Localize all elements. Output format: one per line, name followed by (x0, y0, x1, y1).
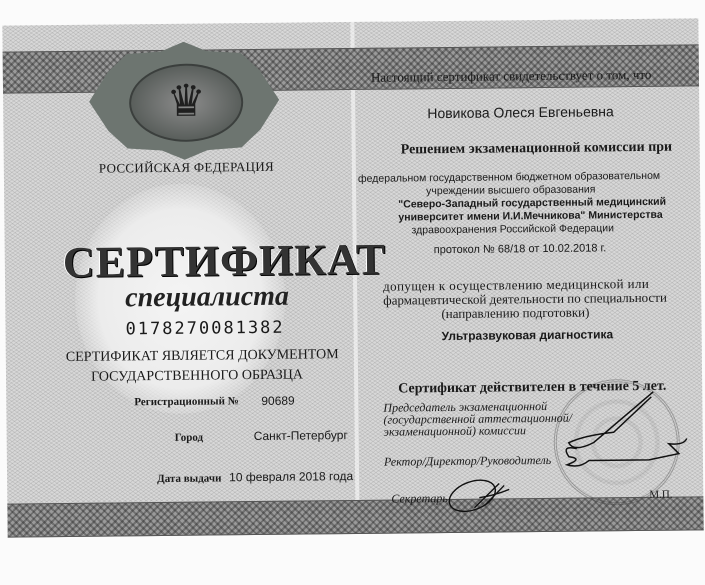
certificate-sheet: ♛ РОССИЙСКАЯ ФЕДЕРАЦИЯ СЕРТИФИКАТ специа… (2, 18, 703, 533)
emblem-medallion: ♛ (129, 63, 244, 142)
decision-text: Решением экзаменационной комиссии при (401, 140, 673, 159)
left-page: ♛ РОССИЙСКАЯ ФЕДЕРАЦИЯ СЕРТИФИКАТ специа… (2, 22, 357, 534)
registration-label: Регистрационный № (134, 395, 239, 408)
specialty-value: Ультразвуковая диагностика (442, 327, 614, 343)
rector-label: Ректор/Директор/Руководитель (384, 453, 551, 470)
intro-text: Настоящий сертификат свидетельствует о т… (371, 67, 652, 86)
institution-line: федеральном государственном бюджетном об… (358, 170, 660, 185)
country-label: РОССИЙСКАЯ ФЕДЕРАЦИЯ (99, 159, 274, 177)
certificate-subtitle: специалиста (125, 281, 289, 315)
secretary-signature (444, 475, 514, 516)
institution-line: здравоохранения Российской Федерации (411, 222, 614, 236)
registration-value: 90689 (261, 394, 295, 408)
document-status-line2: ГОСУДАРСТВЕННОГО ОБРАЗЦА (91, 368, 303, 386)
city-value: Санкт-Петербург (254, 428, 348, 443)
right-page: Настоящий сертификат свидетельствует о т… (354, 18, 703, 530)
institution-line: университет имени И.И.Мечникова" Министе… (398, 209, 662, 224)
certificate-title: СЕРТИФИКАТ (63, 234, 387, 288)
state-emblem: ♛ (89, 41, 280, 161)
secretary-label: Секретарь (391, 491, 448, 507)
chairman-line: экзаменационной) комиссии (384, 424, 573, 438)
seal-label: М.П. (649, 489, 672, 501)
issue-date-label: Дата выдачи (157, 472, 221, 485)
document-status-line1: СЕРТИФИКАТ ЯВЛЯЕТСЯ ДОКУМЕНТОМ (66, 347, 339, 366)
admission-line: (направлению подготовки) (441, 305, 589, 323)
rector-signature (559, 433, 689, 474)
protocol-text: протокол № 68/18 от 10.02.2018 г. (434, 242, 607, 256)
double-headed-eagle-icon: ♛ (131, 71, 242, 132)
chairman-label: Председатель экзаменационной (государств… (383, 400, 572, 438)
institution-line: учреждении высшего образования (426, 183, 595, 197)
holder-name: Новикова Олеся Евгеньевна (427, 103, 614, 121)
issue-date-value: 10 февраля 2018 года (229, 469, 353, 484)
serial-number: 0178270081382 (125, 318, 284, 340)
city-label: Город (175, 432, 204, 444)
